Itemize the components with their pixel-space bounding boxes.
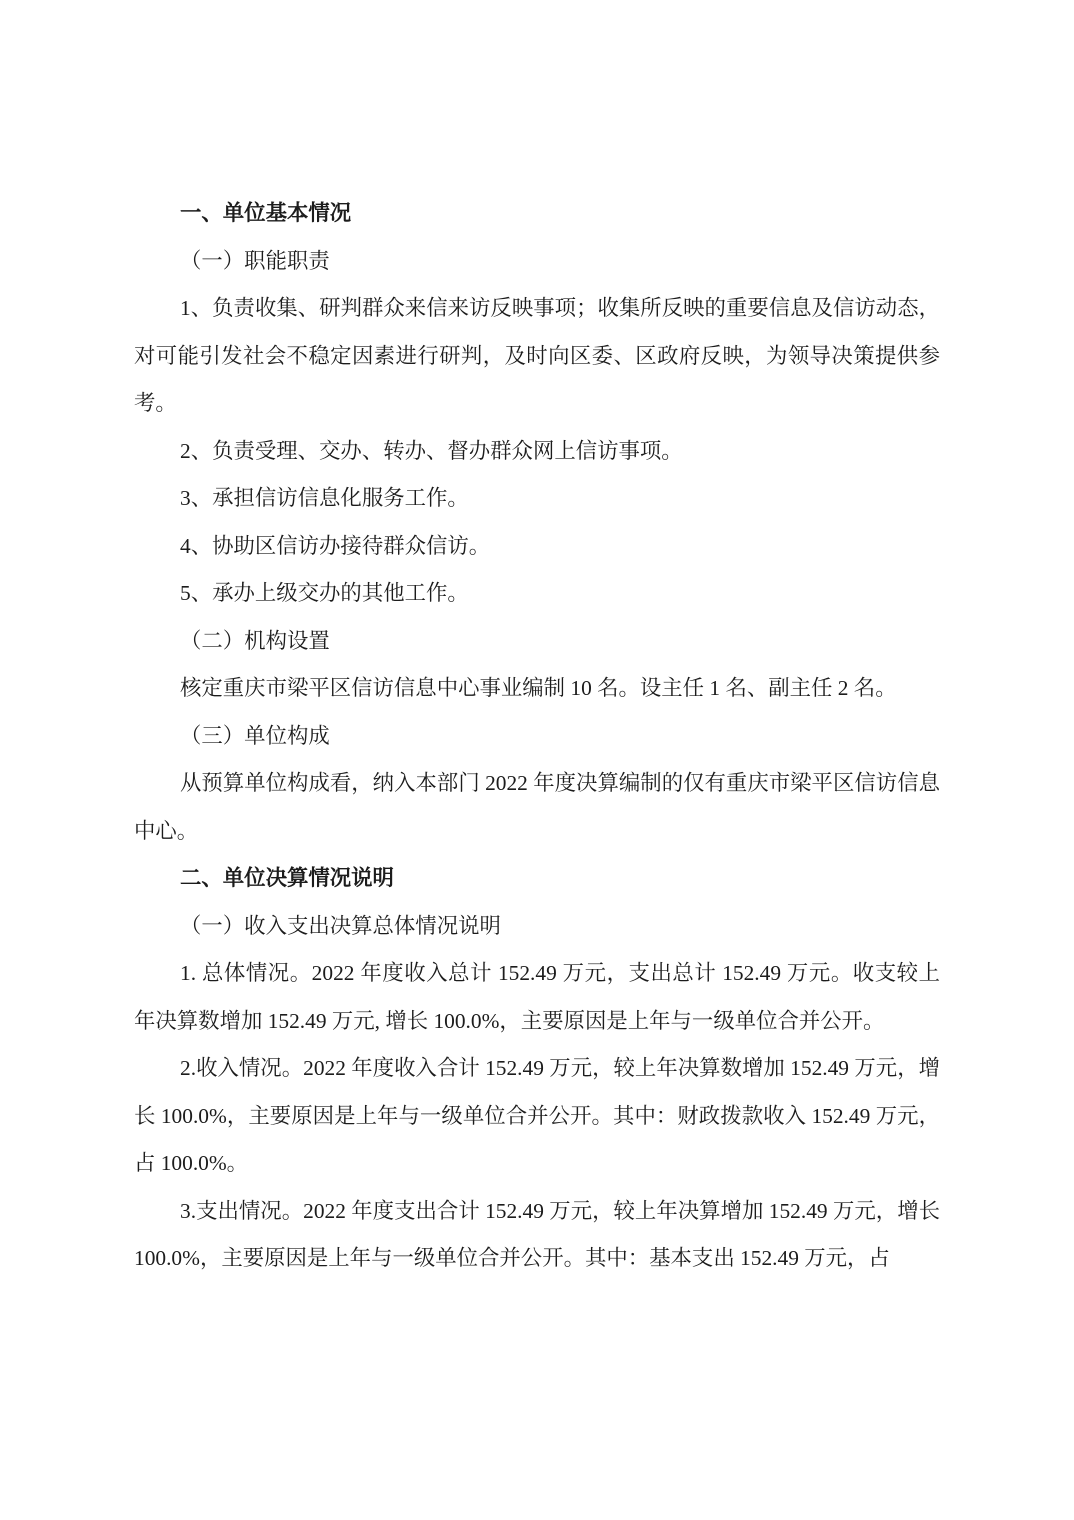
document-page: 一、单位基本情况 （一）职能职责 1、负责收集、研判群众来信来访反映事项；收集所… (0, 0, 1074, 1520)
section-heading-final-accounts: 二、单位决算情况说明 (134, 855, 940, 903)
paragraph-expense-situation: 3.支出情况。2022 年度支出合计 152.49 万元，较上年决算增加 152… (134, 1188, 940, 1283)
paragraph-duty-2: 2、负责受理、交办、转办、督办群众网上信访事项。 (134, 428, 940, 476)
section-heading-unit-basic-info: 一、单位基本情况 (134, 190, 940, 238)
paragraph-duty-3: 3、承担信访信息化服务工作。 (134, 475, 940, 523)
sub-heading-organization-setup: （二）机构设置 (134, 618, 940, 666)
paragraph-duty-4: 4、协助区信访办接待群众信访。 (134, 523, 940, 571)
sub-heading-income-expense-overview: （一）收入支出决算总体情况说明 (134, 903, 940, 951)
paragraph-income-situation: 2.收入情况。2022 年度收入合计 152.49 万元，较上年决算数增加 15… (134, 1045, 940, 1188)
paragraph-composition: 从预算单位构成看，纳入本部门 2022 年度决算编制的仅有重庆市梁平区信访信息中… (134, 760, 940, 855)
paragraph-staffing: 核定重庆市梁平区信访信息中心事业编制 10 名。设主任 1 名、副主任 2 名。 (134, 665, 940, 713)
sub-heading-duties: （一）职能职责 (134, 238, 940, 286)
paragraph-overall-situation: 1. 总体情况。2022 年度收入总计 152.49 万元，支出总计 152.4… (134, 950, 940, 1045)
paragraph-duty-1: 1、负责收集、研判群众来信来访反映事项；收集所反映的重要信息及信访动态，对可能引… (134, 285, 940, 428)
document-body: 一、单位基本情况 （一）职能职责 1、负责收集、研判群众来信来访反映事项；收集所… (134, 190, 940, 1283)
paragraph-duty-5: 5、承办上级交办的其他工作。 (134, 570, 940, 618)
sub-heading-unit-composition: （三）单位构成 (134, 713, 940, 761)
